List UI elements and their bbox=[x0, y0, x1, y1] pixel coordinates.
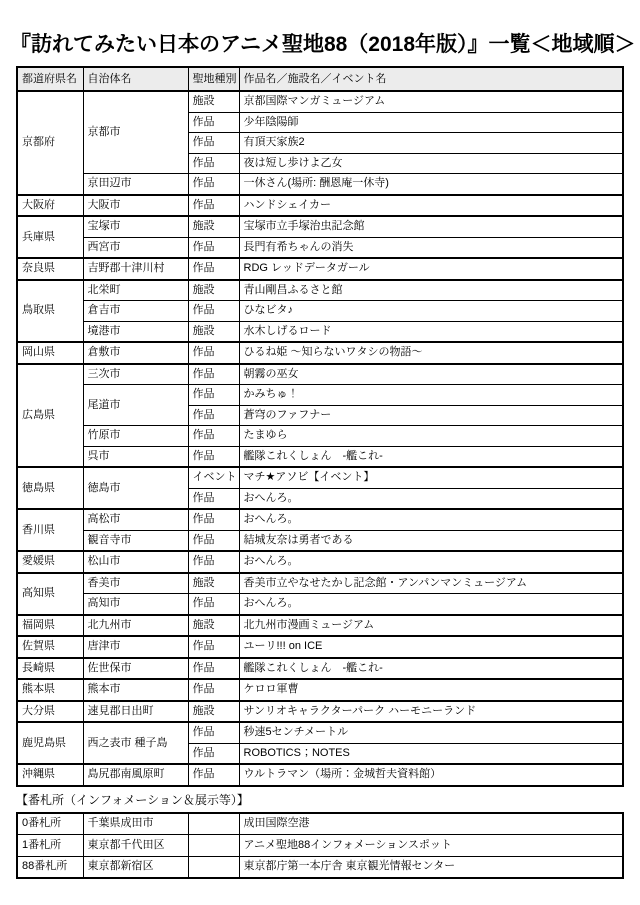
municipality-cell: 島尻郡南風原町 bbox=[83, 764, 188, 786]
prefecture-cell: 愛媛県 bbox=[17, 551, 83, 573]
badge-number-cell: 88番札所 bbox=[17, 856, 83, 878]
work-name-cell: 艦隊これくしょん -艦これ- bbox=[239, 658, 623, 680]
table-row: 佐賀県唐津市作品ユーリ!!! on ICE bbox=[17, 636, 623, 658]
site-type-cell: 作品 bbox=[188, 133, 239, 154]
table-row: 広島県三次市作品朝霧の巫女 bbox=[17, 364, 623, 385]
site-type-cell bbox=[188, 813, 239, 835]
work-name-cell: 京都国際マンガミュージアム bbox=[239, 91, 623, 112]
work-name-cell: 水木しげるロード bbox=[239, 321, 623, 342]
work-name-cell: マチ★アソビ【イベント】 bbox=[239, 467, 623, 488]
site-type-cell: 作品 bbox=[188, 743, 239, 764]
work-name-cell: ハンドシェイカー bbox=[239, 195, 623, 217]
site-type-cell: 作品 bbox=[188, 364, 239, 385]
column-header-prefecture: 都道府県名 bbox=[17, 67, 83, 91]
municipality-cell: 速見郡日出町 bbox=[83, 701, 188, 723]
site-type-cell: 施設 bbox=[188, 280, 239, 301]
municipality-cell: 観音寺市 bbox=[83, 530, 188, 551]
prefecture-cell: 奈良県 bbox=[17, 258, 83, 280]
table-row: 香川県高松市作品おへんろ。 bbox=[17, 509, 623, 530]
work-name-cell: サンリオキャラクターパーク ハーモニーランド bbox=[239, 701, 623, 723]
work-name-cell: 結城友奈は勇者である bbox=[239, 530, 623, 551]
site-type-cell: 作品 bbox=[188, 446, 239, 467]
work-name-cell: 青山剛昌ふるさと館 bbox=[239, 280, 623, 301]
site-type-cell: 作品 bbox=[188, 722, 239, 743]
municipality-cell: 北九州市 bbox=[83, 615, 188, 637]
municipality-cell: 熊本市 bbox=[83, 679, 188, 701]
prefecture-cell: 沖縄県 bbox=[17, 764, 83, 786]
column-header-type: 聖地種別 bbox=[188, 67, 239, 91]
site-type-cell: 施設 bbox=[188, 573, 239, 594]
table-row: 尾道市作品かみちゅ！ bbox=[17, 385, 623, 406]
table-row: 岡山県倉敷市作品ひるね姫 ～知らないワタシの物語～ bbox=[17, 342, 623, 364]
table-row: 沖縄県島尻郡南風原町作品ウルトラマン（場所：金城哲夫資料館） bbox=[17, 764, 623, 786]
table-row: 兵庫県宝塚市施設宝塚市立手塚治虫記念館 bbox=[17, 216, 623, 237]
municipality-cell: 唐津市 bbox=[83, 636, 188, 658]
table-row: 愛媛県松山市作品おへんろ。 bbox=[17, 551, 623, 573]
prefecture-cell: 佐賀県 bbox=[17, 636, 83, 658]
site-type-cell: 作品 bbox=[188, 764, 239, 786]
municipality-cell: 竹原市 bbox=[83, 426, 188, 447]
site-type-cell: イベント bbox=[188, 467, 239, 488]
work-name-cell: 秒速5センチメートル bbox=[239, 722, 623, 743]
municipality-cell: 倉吉市 bbox=[83, 301, 188, 322]
table-row: 鳥取県北栄町施設青山剛昌ふるさと館 bbox=[17, 280, 623, 301]
work-name-cell: 香美市立やなせたかし記念館・アンパンマンミュージアム bbox=[239, 573, 623, 594]
site-type-cell: 作品 bbox=[188, 174, 239, 195]
site-type-cell: 作品 bbox=[188, 385, 239, 406]
table-row: 西宮市作品長門有希ちゃんの消失 bbox=[17, 237, 623, 258]
work-name-cell: 蒼穹のファフナー bbox=[239, 405, 623, 426]
badge-number-cell: 0番札所 bbox=[17, 813, 83, 835]
page-title: 『訪れてみたい日本のアニメ聖地88（2018年版）』一覧＜地域順＞ bbox=[10, 28, 636, 58]
table-row: 倉吉市作品ひなビタ♪ bbox=[17, 301, 623, 322]
prefecture-cell: 長崎県 bbox=[17, 658, 83, 680]
table-row: 観音寺市作品結城友奈は勇者である bbox=[17, 530, 623, 551]
work-name-cell: おへんろ。 bbox=[239, 551, 623, 573]
work-name-cell: ひるね姫 ～知らないワタシの物語～ bbox=[239, 342, 623, 364]
site-type-cell: 作品 bbox=[188, 342, 239, 364]
table-row: 境港市施設水木しげるロード bbox=[17, 321, 623, 342]
municipality-cell: 香美市 bbox=[83, 573, 188, 594]
table-row: 高知県香美市施設香美市立やなせたかし記念館・アンパンマンミュージアム bbox=[17, 573, 623, 594]
site-type-cell: 施設 bbox=[188, 91, 239, 112]
municipality-cell: 東京都新宿区 bbox=[83, 856, 188, 878]
municipality-cell: 大阪市 bbox=[83, 195, 188, 217]
site-type-cell: 作品 bbox=[188, 509, 239, 530]
prefecture-cell: 高知県 bbox=[17, 573, 83, 615]
prefecture-cell: 徳島県 bbox=[17, 467, 83, 509]
municipality-cell: 佐世保市 bbox=[83, 658, 188, 680]
work-name-cell: おへんろ。 bbox=[239, 594, 623, 615]
site-type-cell: 作品 bbox=[188, 301, 239, 322]
work-name-cell: 有頂天家族2 bbox=[239, 133, 623, 154]
site-type-cell: 作品 bbox=[188, 258, 239, 280]
prefecture-cell: 鹿児島県 bbox=[17, 722, 83, 764]
site-type-cell: 作品 bbox=[188, 594, 239, 615]
prefecture-cell: 福岡県 bbox=[17, 615, 83, 637]
work-name-cell: 北九州市漫画ミュージアム bbox=[239, 615, 623, 637]
site-type-cell: 施設 bbox=[188, 321, 239, 342]
municipality-cell: 京田辺市 bbox=[83, 174, 188, 195]
municipality-cell: 高知市 bbox=[83, 594, 188, 615]
prefecture-cell: 大分県 bbox=[17, 701, 83, 723]
work-name-cell: 長門有希ちゃんの消失 bbox=[239, 237, 623, 258]
municipality-cell: 西宮市 bbox=[83, 237, 188, 258]
work-name-cell: ROBOTICS；NOTES bbox=[239, 743, 623, 764]
municipality-cell: 西之表市 種子島 bbox=[83, 722, 188, 764]
site-type-cell: 作品 bbox=[188, 488, 239, 509]
municipality-cell: 宝塚市 bbox=[83, 216, 188, 237]
work-name-cell: RDG レッドデータガール bbox=[239, 258, 623, 280]
site-type-cell: 作品 bbox=[188, 237, 239, 258]
municipality-cell: 境港市 bbox=[83, 321, 188, 342]
site-type-cell: 作品 bbox=[188, 679, 239, 701]
badge-number-cell: 1番札所 bbox=[17, 835, 83, 857]
prefecture-cell: 大阪府 bbox=[17, 195, 83, 217]
work-name-cell: ケロロ軍曹 bbox=[239, 679, 623, 701]
table-row: 福岡県北九州市施設北九州市漫画ミュージアム bbox=[17, 615, 623, 637]
table-row: 京田辺市作品一休さん(場所: 酬恩庵一休寺) bbox=[17, 174, 623, 195]
work-name-cell: ひなビタ♪ bbox=[239, 301, 623, 322]
table-row: 呉市作品艦隊これくしょん -艦これ- bbox=[17, 446, 623, 467]
table-row: 大分県速見郡日出町施設サンリオキャラクターパーク ハーモニーランド bbox=[17, 701, 623, 723]
site-type-cell: 作品 bbox=[188, 195, 239, 217]
site-type-cell: 作品 bbox=[188, 636, 239, 658]
municipality-cell: 吉野郡十津川村 bbox=[83, 258, 188, 280]
site-type-cell: 作品 bbox=[188, 658, 239, 680]
site-type-cell bbox=[188, 835, 239, 857]
prefecture-cell: 岡山県 bbox=[17, 342, 83, 364]
work-name-cell: 一休さん(場所: 酬恩庵一休寺) bbox=[239, 174, 623, 195]
table-row: 京都府京都市施設京都国際マンガミュージアム bbox=[17, 91, 623, 112]
municipality-cell: 倉敷市 bbox=[83, 342, 188, 364]
prefecture-cell: 広島県 bbox=[17, 364, 83, 468]
municipality-cell: 松山市 bbox=[83, 551, 188, 573]
table-row: 竹原市作品たまゆら bbox=[17, 426, 623, 447]
municipality-cell: 高松市 bbox=[83, 509, 188, 530]
table-row: 1番札所東京都千代田区アニメ聖地88インフォメーションスポット bbox=[17, 835, 623, 857]
municipality-cell: 呉市 bbox=[83, 446, 188, 467]
table-row: 熊本県熊本市作品ケロロ軍曹 bbox=[17, 679, 623, 701]
site-type-cell: 作品 bbox=[188, 405, 239, 426]
site-type-cell: 作品 bbox=[188, 153, 239, 174]
site-type-cell: 施設 bbox=[188, 615, 239, 637]
work-name-cell: 少年陰陽師 bbox=[239, 112, 623, 133]
table-header-row: 都道府県名 自治体名 聖地種別 作品名／施設名／イベント名 bbox=[17, 67, 623, 91]
badge-section-label: 【番札所（インフォメーション＆展示等）】 bbox=[16, 791, 640, 808]
work-name-cell: おへんろ。 bbox=[239, 488, 623, 509]
municipality-cell: 東京都千代田区 bbox=[83, 835, 188, 857]
table-row: 徳島県徳島市イベントマチ★アソビ【イベント】 bbox=[17, 467, 623, 488]
prefecture-cell: 鳥取県 bbox=[17, 280, 83, 343]
column-header-municipality: 自治体名 bbox=[83, 67, 188, 91]
table-row: 鹿児島県西之表市 種子島作品秒速5センチメートル bbox=[17, 722, 623, 743]
prefecture-cell: 香川県 bbox=[17, 509, 83, 551]
table-row: 88番札所東京都新宿区東京都庁第一本庁舎 東京観光情報センター bbox=[17, 856, 623, 878]
work-name-cell: ウルトラマン（場所：金城哲夫資料館） bbox=[239, 764, 623, 786]
site-type-cell: 作品 bbox=[188, 530, 239, 551]
site-type-cell: 作品 bbox=[188, 426, 239, 447]
site-type-cell: 施設 bbox=[188, 701, 239, 723]
work-name-cell: たまゆら bbox=[239, 426, 623, 447]
work-name-cell: ユーリ!!! on ICE bbox=[239, 636, 623, 658]
site-type-cell bbox=[188, 856, 239, 878]
work-name-cell: おへんろ。 bbox=[239, 509, 623, 530]
work-name-cell: 朝霧の巫女 bbox=[239, 364, 623, 385]
prefecture-cell: 熊本県 bbox=[17, 679, 83, 701]
municipality-cell: 三次市 bbox=[83, 364, 188, 385]
prefecture-cell: 京都府 bbox=[17, 91, 83, 195]
municipality-cell: 北栄町 bbox=[83, 280, 188, 301]
work-name-cell: アニメ聖地88インフォメーションスポット bbox=[239, 835, 623, 857]
work-name-cell: かみちゅ！ bbox=[239, 385, 623, 406]
table-row: 長崎県佐世保市作品艦隊これくしょん -艦これ- bbox=[17, 658, 623, 680]
anime-seichi-main-table: 都道府県名 自治体名 聖地種別 作品名／施設名／イベント名 京都府京都市施設京都… bbox=[16, 66, 624, 787]
site-type-cell: 作品 bbox=[188, 112, 239, 133]
work-name-cell: 艦隊これくしょん -艦これ- bbox=[239, 446, 623, 467]
work-name-cell: 成田国際空港 bbox=[239, 813, 623, 835]
work-name-cell: 宝塚市立手塚治虫記念館 bbox=[239, 216, 623, 237]
municipality-cell: 尾道市 bbox=[83, 385, 188, 426]
site-type-cell: 施設 bbox=[188, 216, 239, 237]
work-name-cell: 東京都庁第一本庁舎 東京観光情報センター bbox=[239, 856, 623, 878]
municipality-cell: 千葉県成田市 bbox=[83, 813, 188, 835]
municipality-cell: 京都市 bbox=[83, 91, 188, 174]
municipality-cell: 徳島市 bbox=[83, 467, 188, 509]
column-header-work-name: 作品名／施設名／イベント名 bbox=[239, 67, 623, 91]
table-row: 奈良県吉野郡十津川村作品RDG レッドデータガール bbox=[17, 258, 623, 280]
table-row: 大阪府大阪市作品ハンドシェイカー bbox=[17, 195, 623, 217]
table-row: 0番札所千葉県成田市成田国際空港 bbox=[17, 813, 623, 835]
prefecture-cell: 兵庫県 bbox=[17, 216, 83, 258]
table-row: 高知市作品おへんろ。 bbox=[17, 594, 623, 615]
site-type-cell: 作品 bbox=[188, 551, 239, 573]
badge-office-table: 0番札所千葉県成田市成田国際空港1番札所東京都千代田区アニメ聖地88インフォメー… bbox=[16, 812, 624, 880]
work-name-cell: 夜は短し歩けよ乙女 bbox=[239, 153, 623, 174]
